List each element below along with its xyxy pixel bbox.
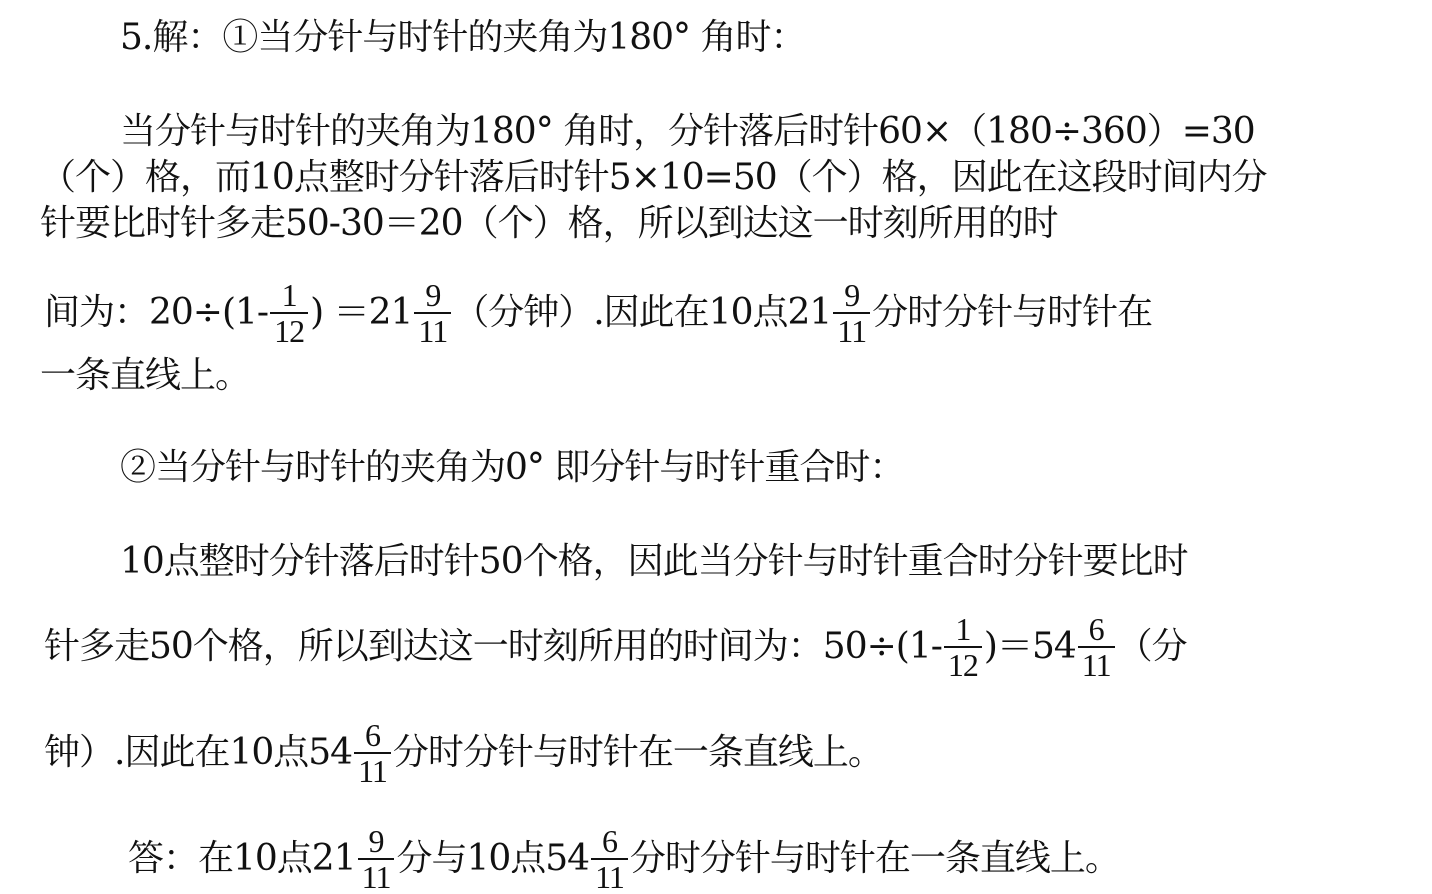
- numerator: 6: [1078, 612, 1115, 648]
- fraction-6-11: 611: [591, 824, 628, 894]
- denominator: 12: [944, 648, 982, 682]
- numerator: 1: [944, 612, 982, 648]
- equation-text: 钟）.因此在10点54: [44, 732, 352, 773]
- denominator: 11: [358, 860, 395, 894]
- numerator: 6: [591, 824, 628, 860]
- paragraph-1-line-1: 当分针与时针的夹角为180° 角时，分针落后时针60×（180÷360）=30: [120, 110, 1255, 154]
- solution-heading: 5.解：①当分针与时针的夹角为180° 角时：: [120, 16, 806, 60]
- paragraph-2-line-3: 钟）.因此在10点54611分时分针与时针在一条直线上。: [44, 720, 883, 790]
- numerator: 9: [358, 824, 395, 860]
- fraction-9-11: 911: [414, 278, 451, 348]
- fraction-6-11: 611: [354, 718, 391, 788]
- denominator: 11: [591, 860, 628, 894]
- denominator: 11: [414, 314, 451, 348]
- fraction-1-12: 112: [944, 612, 982, 682]
- equation-text: )＝54: [984, 626, 1076, 667]
- numerator: 6: [354, 718, 391, 754]
- paragraph-2-line-1: 10点整时分针落后时针50个格，因此当分针与时针重合时分针要比时: [120, 540, 1188, 584]
- paragraph-1-line-3: 针要比时针多走50-30＝20（个）格，所以到达这一时刻所用的时: [40, 202, 1058, 246]
- denominator: 11: [1078, 648, 1115, 682]
- paragraph-1-line-2: （个）格，而10点整时分针落后时针5×10=50（个）格，因此在这段时间内分: [40, 156, 1267, 200]
- answer-text: 答：在10点21: [128, 838, 356, 879]
- equation-text: 分时分针与时针在一条直线上。: [393, 732, 883, 773]
- equation-text: ) ＝21: [310, 292, 412, 333]
- denominator: 11: [833, 314, 870, 348]
- fraction-9-11: 911: [358, 824, 395, 894]
- answer-text: 分时分针与时针在一条直线上。: [630, 838, 1120, 879]
- denominator: 11: [354, 754, 391, 788]
- fraction-9-11: 911: [833, 278, 870, 348]
- paragraph-2-line-2: 针多走50个格，所以到达这一时刻所用的时间为：50÷(1-112)＝54611（…: [44, 614, 1187, 684]
- equation-text: 间为：20÷(1-: [44, 292, 268, 333]
- fraction-1-12: 112: [270, 278, 308, 348]
- numerator: 9: [833, 278, 870, 314]
- equation-text: （分钟）.因此在10点21: [453, 292, 831, 333]
- fraction-6-11: 611: [1078, 612, 1115, 682]
- numerator: 9: [414, 278, 451, 314]
- numerator: 1: [270, 278, 308, 314]
- answer-text: 分与10点54: [396, 838, 589, 879]
- equation-text: 针多走50个格，所以到达这一时刻所用的时间为：50÷(1-: [44, 626, 942, 667]
- answer-line: 答：在10点21911分与10点54611分时分针与时针在一条直线上。: [128, 826, 1120, 894]
- denominator: 12: [270, 314, 308, 348]
- equation-text: 分时分针与时针在: [872, 292, 1152, 333]
- paragraph-1-line-5: 一条直线上。: [40, 354, 250, 398]
- equation-text: （分: [1117, 626, 1187, 667]
- case-2-heading: ②当分针与时针的夹角为0° 即分针与时针重合时：: [120, 446, 904, 490]
- paragraph-1-line-4: 间为：20÷(1-112) ＝21911（分钟）.因此在10点21911分时分针…: [44, 280, 1152, 350]
